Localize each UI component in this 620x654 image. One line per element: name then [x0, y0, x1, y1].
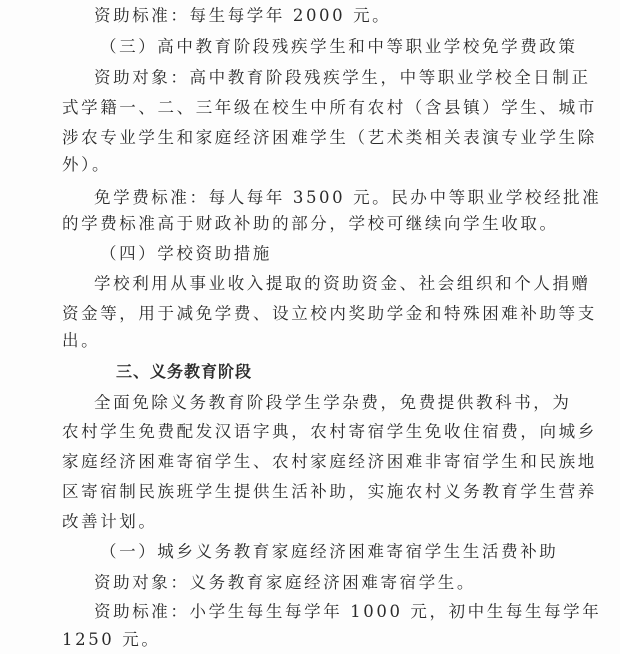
paragraph-line: 出。 — [62, 331, 620, 351]
paragraph-line: 的学费标准高于财政补助的部分，学校可继续向学生收取。 — [62, 214, 620, 234]
paragraph-line: 资助标准：小学生每生每学年 1000 元，初中生每生每学年 — [94, 602, 620, 622]
paragraph-line: 学校利用从事业收入提取的资助资金、社会组织和个人捐赠 — [94, 274, 620, 294]
standard-line-2000: 资助标准：每生每学年 2000 元。 — [94, 6, 620, 26]
paragraph-line: 家庭经济困难寄宿学生、农村家庭经济困难非寄宿学生和民族地 — [62, 452, 620, 472]
paragraph-line: 区寄宿制民族班学生提供生活补助，实施农村义务教育学生营养 — [62, 482, 620, 502]
section-heading-compulsory-education: 三、义务教育阶段 — [116, 362, 620, 382]
paragraph-line: 资金等，用于减免学费、设立校内奖助学金和特殊困难补助等支 — [62, 304, 620, 324]
paragraph-line: 外）。 — [62, 155, 620, 175]
subheading-boarding-living-subsidy: （一）城乡义务教育家庭经济困难寄宿学生生活费补助 — [100, 542, 620, 562]
subheading-school-aid-measures: （四）学校资助措施 — [100, 244, 620, 264]
paragraph-line: 免学费标准：每人每年 3500 元。民办中等职业学校经批准 — [94, 188, 620, 208]
paragraph-line: 农村学生免费配发汉语字典，农村寄宿学生免收住宿费，向城乡 — [62, 422, 620, 442]
document-page: 资助标准：每生每学年 2000 元。 （三）高中教育阶段残疾学生和中等职业学校免… — [0, 0, 620, 654]
paragraph-line: 资助对象：义务教育家庭经济困难寄宿学生。 — [94, 573, 620, 593]
paragraph-line: 改善计划。 — [62, 512, 620, 532]
subheading-vocational-tuition-waiver: （三）高中教育阶段残疾学生和中等职业学校免学费政策 — [100, 37, 620, 57]
paragraph-line: 全面免除义务教育阶段学生学杂费，免费提供教科书，为 — [94, 393, 620, 413]
paragraph-line: 1250 元。 — [62, 630, 620, 650]
paragraph-line: 式学籍一、二、三年级在校生中所有农村（含县镇）学生、城市 — [62, 98, 620, 118]
paragraph-line: 资助对象：高中教育阶段残疾学生，中等职业学校全日制正 — [94, 68, 620, 88]
paragraph-line: 涉农专业学生和家庭经济困难学生（艺术类相关表演专业学生除 — [62, 128, 620, 148]
